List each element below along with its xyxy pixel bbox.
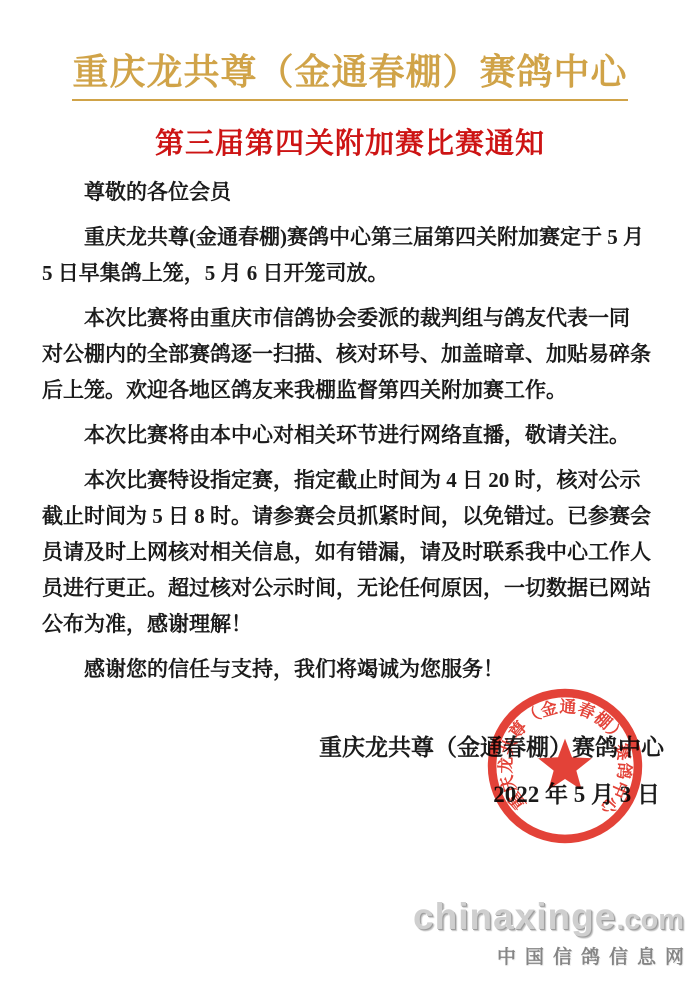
document-subtitle: 第三届第四关附加赛比赛通知 [0,121,700,162]
body-paragraph-1: 重庆龙共尊(金通春棚)赛鸽中心第三届第四关附加赛定于 5 月 5 日早集鸽上笼，… [42,219,658,291]
body-paragraph-4: 本次比赛特设指定赛，指定截止时间为 4 日 20 时，核对公示 截止时间为 5 … [42,462,658,642]
document-body: 尊敬的各位会员 重庆龙共尊(金通春棚)赛鸽中心第三届第四关附加赛定于 5 月 5… [42,174,658,696]
official-seal: 重庆龙共尊（金通春棚）赛鸽中心 [484,685,646,847]
body-paragraph-3: 本次比赛将由本中心对相关环节进行网络直播，敬请关注。 [42,417,658,453]
body-paragraph-2: 本次比赛将由重庆市信鸽协会委派的裁判组与鸽友代表一同 对公棚内的全部赛鸽逐一扫描… [42,300,658,408]
watermark-logo: chinaxinge.com [413,896,684,938]
document-title-text: 重庆龙共尊（金通春棚）赛鸽中心 [72,44,627,101]
document-title: 重庆龙共尊（金通春棚）赛鸽中心 [0,44,700,101]
seal-graphic: 重庆龙共尊（金通春棚）赛鸽中心 [484,685,646,847]
watermark-caption: 中国信鸽信息网 [413,942,693,969]
closing-paragraph: 感谢您的信任与支持，我们将竭诚为您服务！ [42,651,658,687]
watermark: chinaxinge.com 中国信鸽信息网 [413,896,684,969]
star-icon [538,739,592,790]
salutation: 尊敬的各位会员 [42,174,658,210]
watermark-tld: .com [616,904,684,936]
watermark-brand: chinaxinge [413,896,616,937]
notice-document: 重庆龙共尊（金通春棚）赛鸽中心 第三届第四关附加赛比赛通知 尊敬的各位会员 重庆… [0,0,700,990]
